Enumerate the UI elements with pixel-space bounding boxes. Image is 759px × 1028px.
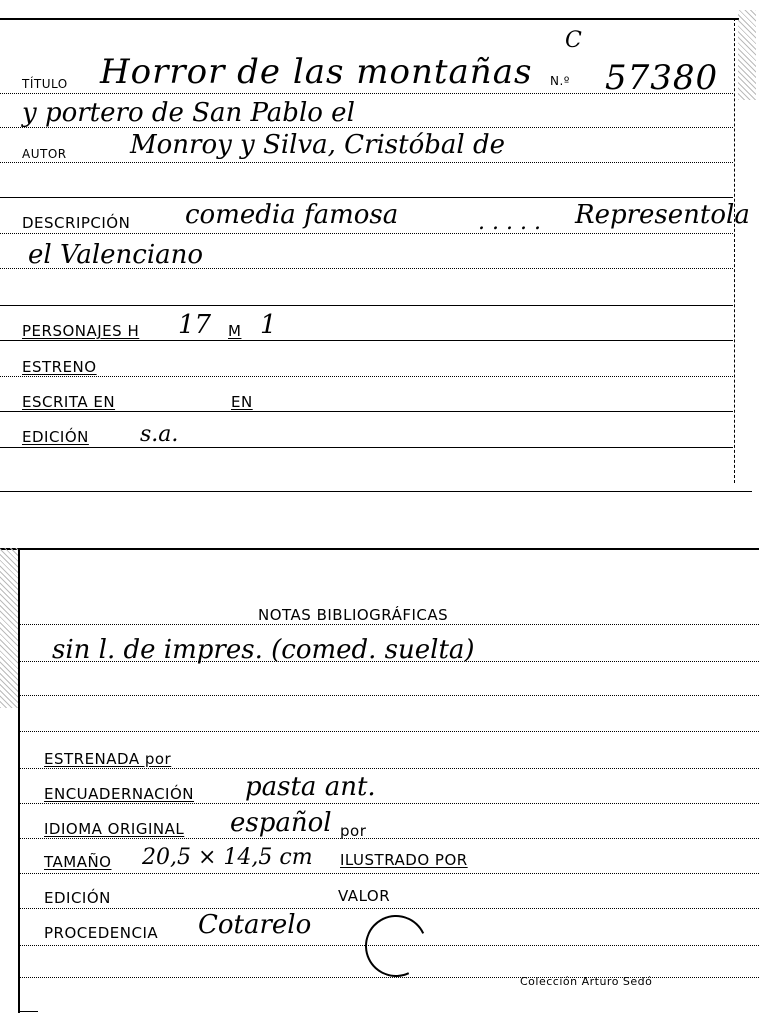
- rule: [20, 731, 759, 732]
- edicion-value: s.a.: [140, 422, 178, 447]
- card-border-left: [18, 548, 21, 1013]
- notas-heading: NOTAS BIBLIOGRÁFICAS: [258, 606, 448, 624]
- valor-label: VALOR: [338, 887, 390, 905]
- rule: [0, 447, 733, 448]
- rule: [20, 803, 759, 804]
- personajes-m-label: M: [228, 322, 241, 340]
- card-border-right: [733, 18, 735, 483]
- rule: [20, 838, 759, 839]
- descripcion-value-line2: el Valenciano: [28, 240, 203, 270]
- descripcion-dots: . . . . .: [478, 210, 541, 235]
- descripcion-value-line1: comedia famosa: [185, 200, 398, 230]
- rule: [20, 873, 759, 874]
- personajes-m-value: 1: [260, 310, 277, 340]
- numero-label: N.º: [550, 74, 570, 88]
- card-edge-speckle: [0, 548, 18, 708]
- card-border-top: [0, 18, 739, 20]
- idioma-value: español: [230, 808, 332, 838]
- notas-value: sin l. de impres. (comed. suelta): [52, 635, 475, 665]
- personajes-h-label: PERSONAJES H: [22, 322, 139, 340]
- estrenada-label: ESTRENADA por: [44, 750, 171, 768]
- rule: [0, 197, 733, 198]
- personajes-h-value: 17: [178, 310, 211, 340]
- rule: [0, 411, 733, 412]
- numero-prefix: C: [565, 28, 582, 53]
- idioma-label: IDIOMA ORIGINAL: [44, 820, 184, 838]
- tamano-label: TAMAÑO: [44, 853, 112, 871]
- procedencia-label: PROCEDENCIA: [44, 924, 158, 942]
- card-border-corner: [18, 1011, 38, 1012]
- descripcion-note: Representola: [575, 200, 750, 230]
- numero-value: 57380: [605, 58, 718, 98]
- card-border-top: [0, 548, 759, 550]
- autor-label: AUTOR: [22, 147, 67, 161]
- escrita-en-label: ESCRITA EN: [22, 393, 115, 411]
- rule: [20, 624, 759, 625]
- tamano-value: 20,5 × 14,5 cm: [142, 845, 313, 870]
- autor-value: Monroy y Silva, Cristóbal de: [130, 130, 505, 160]
- rule: [0, 162, 733, 163]
- procedencia-value: Cotarelo: [198, 910, 311, 940]
- card-edge-speckle: [738, 10, 756, 100]
- edicion-label: EDICIÓN: [22, 428, 89, 446]
- encuadernacion-label: ENCUADERNACIÓN: [44, 785, 194, 803]
- catalog-card-front: TÍTULO Horror de las montañas C N.º 5738…: [0, 0, 759, 500]
- edicion-label: EDICIÓN: [44, 889, 111, 907]
- titulo-value-line2: y portero de San Pablo el: [22, 98, 355, 128]
- descripcion-label: DESCRIPCIÓN: [22, 214, 130, 232]
- rule: [20, 768, 759, 769]
- estreno-label: ESTRENO: [22, 358, 97, 376]
- collection-imprint: Colección Arturo Sedó: [520, 975, 652, 988]
- titulo-value-line1: Horror de las montañas: [100, 52, 532, 92]
- card-border-bottom: [0, 491, 752, 492]
- rule: [20, 695, 759, 696]
- en-label: EN: [231, 393, 253, 411]
- rule: [0, 305, 733, 306]
- rule: [0, 376, 733, 377]
- rule: [20, 908, 759, 909]
- encuadernacion-value: pasta ant.: [245, 772, 376, 802]
- rule: [0, 233, 733, 234]
- titulo-label: TÍTULO: [22, 77, 68, 91]
- idioma-por-label: por: [340, 822, 366, 840]
- rule: [0, 340, 733, 341]
- ilustrado-label: ILUSTRADO POR: [340, 851, 468, 869]
